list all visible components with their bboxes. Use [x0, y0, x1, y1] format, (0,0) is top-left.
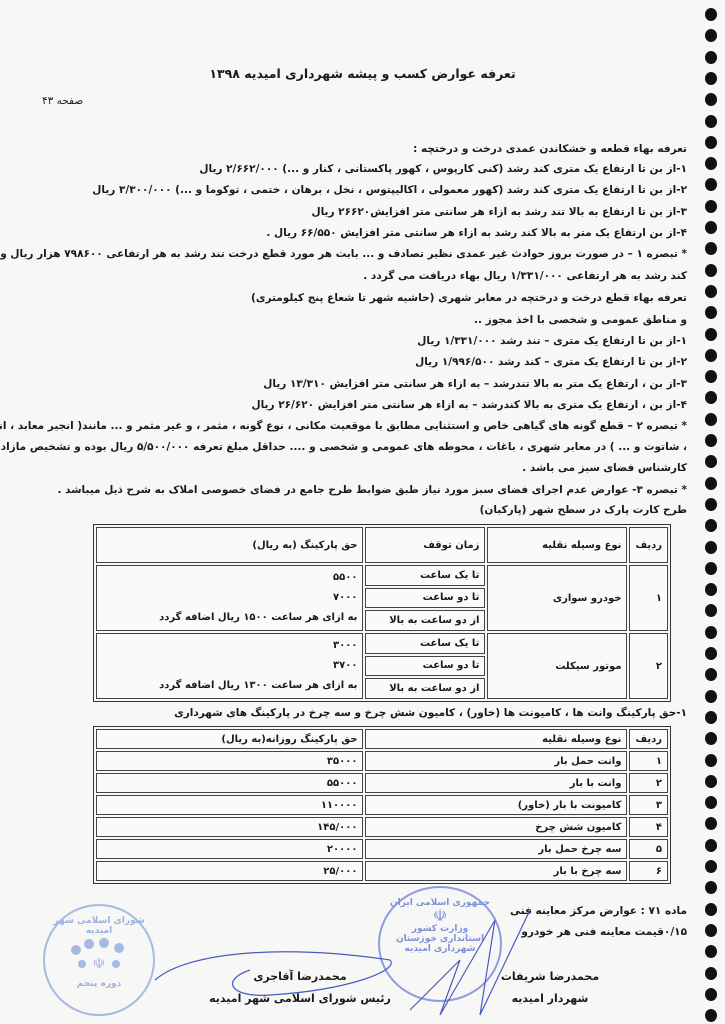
row-number: ۳	[629, 795, 668, 815]
binding-hole	[705, 626, 717, 639]
duration-cell: از دو ساعت به بالا	[365, 610, 485, 631]
vehicle-type: کامیون شش چرخ	[365, 817, 627, 837]
header-cell: نوع وسیله نقلیه	[487, 527, 627, 563]
binding-hole	[705, 903, 717, 916]
document-page: تعرفه عوارض کسب و پیشه شهرداری امیدیه ۱۳…	[0, 0, 725, 1024]
section1-item: ۲-از بن تا ارتفاع یک متری کند رشد (کهور …	[92, 183, 687, 197]
binding-hole	[705, 711, 717, 724]
row-number: ۴	[629, 817, 668, 837]
binding-hole	[705, 349, 717, 362]
row-number: ۶	[629, 861, 668, 881]
fee-cell: ۲۵/۰۰۰	[96, 861, 363, 881]
binding-hole	[705, 93, 717, 106]
parking-heading: طرح کارت پارک در سطح شهر (پارکبان)	[480, 503, 687, 517]
fee-cell: ۳۰۰۰ ۳۷۰۰ به ازای هر ساعت ۱۳۰۰ ریال اضاف…	[96, 633, 363, 699]
vehicle-type: سه چرخ با بار	[365, 861, 627, 881]
svg-text:☫: ☫	[93, 956, 106, 972]
binding-hole	[705, 477, 717, 490]
note2-line: * تبصره ۲ – قطع گونه های گیاهی خاص و است…	[0, 419, 687, 433]
vehicle-type: موتور سیکلت	[487, 633, 627, 699]
truck-parking-table: ردیف نوع وسیله نقلیه حق پارکینگ روزانه(ب…	[93, 726, 671, 884]
fee-cell: ۵۵۰۰۰	[96, 773, 363, 793]
header-cell: حق پارکینگ (به ریال)	[96, 527, 363, 563]
header-cell: ردیف	[629, 729, 668, 749]
binding-hole	[705, 668, 717, 681]
row-number: ۲	[629, 773, 668, 793]
binding-hole	[705, 221, 717, 234]
binding-hole	[705, 178, 717, 191]
binding-hole	[705, 690, 717, 703]
table-header-row: ردیف نوع وسیله نقلیه زمان توقف حق پارکین…	[96, 527, 668, 563]
section1-item: ۱-از بن تا ارتفاع یک متری کند رشد (کنی ک…	[199, 162, 687, 176]
note3-line: * تبصره ۳- عوارض عدم اجرای فضای سبز مورد…	[57, 483, 687, 497]
fee-cell: ۵۵۰۰ ۷۰۰۰ به ازای هر ساعت ۱۵۰۰ ریال اضاف…	[96, 565, 363, 631]
binding-hole	[705, 370, 717, 383]
section2-item: ۱-از بن تا ارتفاع یک متری – تند رشد ۱/۳۳…	[417, 334, 687, 348]
trucks-heading: ۱-حق پارکینگ وانت ها ، کامیونت ها (خاور)…	[174, 706, 687, 720]
section2-heading: تعرفه بهاء قطع درخت و درختچه در معابر شه…	[251, 291, 687, 305]
binding-hole	[705, 817, 717, 830]
binding-hole	[705, 541, 717, 554]
binding-hole	[705, 29, 717, 42]
fee-cell: ۲۰۰۰۰	[96, 839, 363, 859]
binding-hole	[705, 51, 717, 64]
binding-hole	[705, 328, 717, 341]
binding-hole	[705, 285, 717, 298]
binding-hole	[705, 604, 717, 617]
section2-heading: و مناطق عمومی و شخصی با اخذ مجوز ..	[474, 313, 687, 327]
binding-hole	[705, 264, 717, 277]
fee-value: ۳۷۰۰	[102, 656, 357, 676]
fee-value: ۷۰۰۰	[102, 588, 357, 608]
table-row: ۲ وانت با بار ۵۵۰۰۰	[96, 773, 668, 793]
fee-value: ۵۵۰۰	[102, 568, 357, 588]
council-stamp: شورای اسلامی شهر امیدیه ☫ دوره پنجم	[43, 904, 155, 1016]
fee-value: به ازای هر ساعت ۱۵۰۰ ریال اضافه گردد	[102, 608, 357, 628]
article71-line: ۰/۱۵قیمت معاینه فنی هر خودرو	[521, 925, 687, 939]
binding-hole	[705, 860, 717, 873]
vehicle-type: وانت با بار	[365, 773, 627, 793]
council-head-name: محمدرضا آقاجری	[200, 970, 400, 983]
binding-hole	[705, 391, 717, 404]
row-number: ۵	[629, 839, 668, 859]
binding-hole	[705, 136, 717, 149]
vehicle-type: کامیونت با بار (خاور)	[365, 795, 627, 815]
binding-hole	[705, 583, 717, 596]
row-number: ۱	[629, 751, 668, 771]
binding-hole	[705, 200, 717, 213]
binding-hole	[705, 988, 717, 1001]
fee-value: به ازای هر ساعت ۱۳۰۰ ریال اضافه گردد	[102, 676, 357, 696]
header-cell: زمان توقف	[365, 527, 485, 563]
vehicle-type: خودرو سواری	[487, 565, 627, 631]
fee-value: ۳۰۰۰	[102, 636, 357, 656]
binding-hole	[705, 562, 717, 575]
binding-hole	[705, 967, 717, 980]
row-number: ۱	[629, 565, 668, 631]
section2-item: ۳-از بن ، ارتفاع یک متر به بالا تندرشد –…	[263, 377, 687, 391]
binding-hole	[705, 413, 717, 426]
stamp-text: شورای اسلامی شهر امیدیه	[45, 916, 153, 936]
table-row: ۱ وانت حمل بار ۳۵۰۰۰	[96, 751, 668, 771]
header-cell: حق پارکینگ روزانه(به ریال)	[96, 729, 363, 749]
mayor-name: محمدرضا شریفات	[470, 970, 630, 983]
binding-hole	[705, 924, 717, 937]
binding-hole	[705, 647, 717, 660]
binding-hole	[705, 945, 717, 958]
note1-line: * تبصره ۱ – در صورت بروز حوادث غیر عمدی …	[0, 247, 687, 261]
spiral-binding	[705, 4, 719, 1024]
binding-hole	[705, 157, 717, 170]
page-number: صفحه ۴۳	[42, 95, 83, 107]
binding-hole	[705, 839, 717, 852]
vehicle-type: وانت حمل بار	[365, 751, 627, 771]
section2-item: ۲-از بن تا ارتفاع یک متری – کند رشد ۱/۹۹…	[415, 355, 687, 369]
binding-hole	[705, 881, 717, 894]
binding-hole	[705, 8, 717, 21]
binding-hole	[705, 455, 717, 468]
table-header-row: ردیف نوع وسیله نقلیه حق پارکینگ روزانه(ب…	[96, 729, 668, 749]
note2-line: ، شاتوت و ... ) در معابر شهری ، باغات ، …	[0, 440, 687, 454]
table-row: ۲ موتور سیکلت تا یک ساعت ۳۰۰۰ ۳۷۰۰ به از…	[96, 633, 668, 654]
header-cell: نوع وسیله نقلیه	[365, 729, 627, 749]
binding-hole	[705, 796, 717, 809]
document-title: تعرفه عوارض کسب و پیشه شهرداری امیدیه ۱۳…	[0, 66, 725, 81]
emblem-icon: ☫	[64, 936, 134, 976]
duration-cell: تا دو ساعت	[365, 588, 485, 609]
section1-heading: تعرفه بهاء قطعه و خشکاندن عمدی درخت و در…	[413, 142, 687, 156]
row-number: ۲	[629, 633, 668, 699]
note1-line: کند رشد به هر ارتفاعی ۱/۳۳۱/۰۰۰ ریال بها…	[363, 269, 687, 283]
table-row: ۵ سه چرخ حمل بار ۲۰۰۰۰	[96, 839, 668, 859]
binding-hole	[705, 434, 717, 447]
section1-item: ۳-از بن تا ارتفاع به بالا تند رشد به ازا…	[311, 205, 687, 219]
fee-cell: ۳۵۰۰۰	[96, 751, 363, 771]
binding-hole	[705, 519, 717, 532]
binding-hole	[705, 498, 717, 511]
mayor-title: شهردار امیدیه	[470, 992, 630, 1005]
fee-cell: ۱۱۰۰۰۰	[96, 795, 363, 815]
binding-hole	[705, 306, 717, 319]
duration-cell: از دو ساعت به بالا	[365, 678, 485, 699]
note2-line: کارشناس فضای سبز می باشد .	[522, 461, 687, 475]
vehicle-type: سه چرخ حمل بار	[365, 839, 627, 859]
binding-hole	[705, 1009, 717, 1022]
parking-fee-table: ردیف نوع وسیله نقلیه زمان توقف حق پارکین…	[93, 524, 671, 702]
binding-hole	[705, 242, 717, 255]
duration-cell: تا یک ساعت	[365, 565, 485, 586]
binding-hole	[705, 115, 717, 128]
section2-item: ۴-از بن ، ارتفاع یک متری به بالا کندرشد …	[251, 398, 687, 412]
fee-cell: ۱۴۵/۰۰۰	[96, 817, 363, 837]
section1-item: ۴-از بن ارتفاع یک متر به بالا کند رشد به…	[266, 226, 687, 240]
binding-hole	[705, 732, 717, 745]
table-row: ۴ کامیون شش چرخ ۱۴۵/۰۰۰	[96, 817, 668, 837]
table-row: ۳ کامیونت با بار (خاور) ۱۱۰۰۰۰	[96, 795, 668, 815]
duration-cell: تا دو ساعت	[365, 656, 485, 677]
table-row: ۶ سه چرخ با بار ۲۵/۰۰۰	[96, 861, 668, 881]
binding-hole	[705, 754, 717, 767]
table-row: ۱ خودرو سواری تا یک ساعت ۵۵۰۰ ۷۰۰۰ به از…	[96, 565, 668, 586]
header-cell: ردیف	[629, 527, 668, 563]
stamp-subtext: دوره پنجم	[45, 979, 153, 989]
council-head-title: رئیس شورای اسلامی شهر امیدیه	[200, 992, 400, 1005]
duration-cell: تا یک ساعت	[365, 633, 485, 654]
binding-hole	[705, 775, 717, 788]
